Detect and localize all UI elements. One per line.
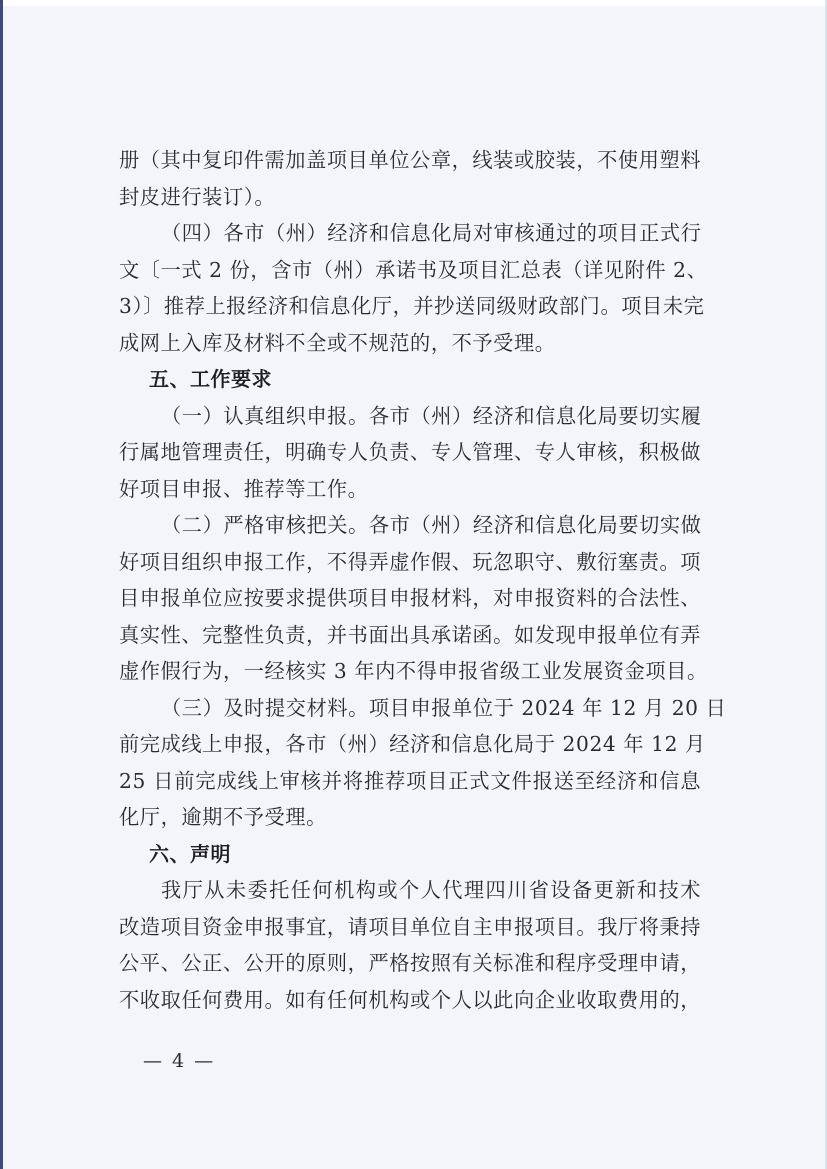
- document-page: 册（其中复印件需加盖项目单位公章，线装或胶装，不使用塑料 封皮进行装订）。 （四…: [0, 0, 827, 1169]
- paragraph-line: 虚作假行为，一经核实 3 年内不得申报省级工业发展资金项目。: [119, 653, 701, 690]
- section-heading-statement: 六、声明: [119, 836, 701, 873]
- page-number: — 4 —: [143, 1050, 215, 1072]
- paragraph-line: 好项目申报、推荐等工作。: [119, 471, 701, 508]
- document-body: 册（其中复印件需加盖项目单位公章，线装或胶装，不使用塑料 封皮进行装订）。 （四…: [119, 142, 701, 1018]
- paragraph-line: 册（其中复印件需加盖项目单位公章，线装或胶装，不使用塑料: [119, 142, 701, 179]
- paragraph-line: 成网上入库及材料不全或不规范的，不予受理。: [119, 325, 701, 362]
- paragraph-line: 不收取任何费用。如有任何机构或个人以此向企业收取费用的，: [119, 982, 701, 1019]
- paragraph-line: （四）各市（州）经济和信息化局对审核通过的项目正式行: [119, 215, 701, 252]
- paragraph-line: 改造项目资金申报事宜，请项目单位自主申报项目。我厅将秉持: [119, 909, 701, 946]
- paragraph-line: 我厅从未委托任何机构或个人代理四川省设备更新和技术: [119, 872, 701, 909]
- scan-top-edge: [3, 0, 827, 6]
- paragraph-line: （一）认真组织申报。各市（州）经济和信息化局要切实履: [119, 398, 701, 435]
- section-heading-work-requirements: 五、工作要求: [119, 361, 701, 398]
- paragraph-line: 目申报单位应按要求提供项目申报材料，对申报资料的合法性、: [119, 580, 701, 617]
- paragraph-line: 真实性、完整性负责，并书面出具承诺函。如发现申报单位有弄: [119, 617, 701, 654]
- paragraph-line: 文〔一式 2 份，含市（州）承诺书及项目汇总表（详见附件 2、: [119, 252, 701, 289]
- paragraph-line: 公平、公正、公开的原则，严格按照有关标准和程序受理申请，: [119, 945, 701, 982]
- paragraph-line: 行属地管理责任，明确专人负责、专人管理、专人审核，积极做: [119, 434, 701, 471]
- paragraph-line: 封皮进行装订）。: [119, 179, 701, 216]
- paragraph-line: （三）及时提交材料。项目申报单位于 2024 年 12 月 20 日: [119, 690, 701, 727]
- paragraph-line: 好项目组织申报工作，不得弄虚作假、玩忽职守、敷衍塞责。项: [119, 544, 701, 581]
- paragraph-line: 前完成线上申报，各市（州）经济和信息化局于 2024 年 12 月: [119, 726, 701, 763]
- paragraph-line: 25 日前完成线上审核并将推荐项目正式文件报送至经济和信息: [119, 763, 701, 800]
- paragraph-line: 3）〕推荐上报经济和信息化厅，并抄送同级财政部门。项目未完: [119, 288, 701, 325]
- paragraph-line: （二）严格审核把关。各市（州）经济和信息化局要切实做: [119, 507, 701, 544]
- paragraph-line: 化厅，逾期不予受理。: [119, 799, 701, 836]
